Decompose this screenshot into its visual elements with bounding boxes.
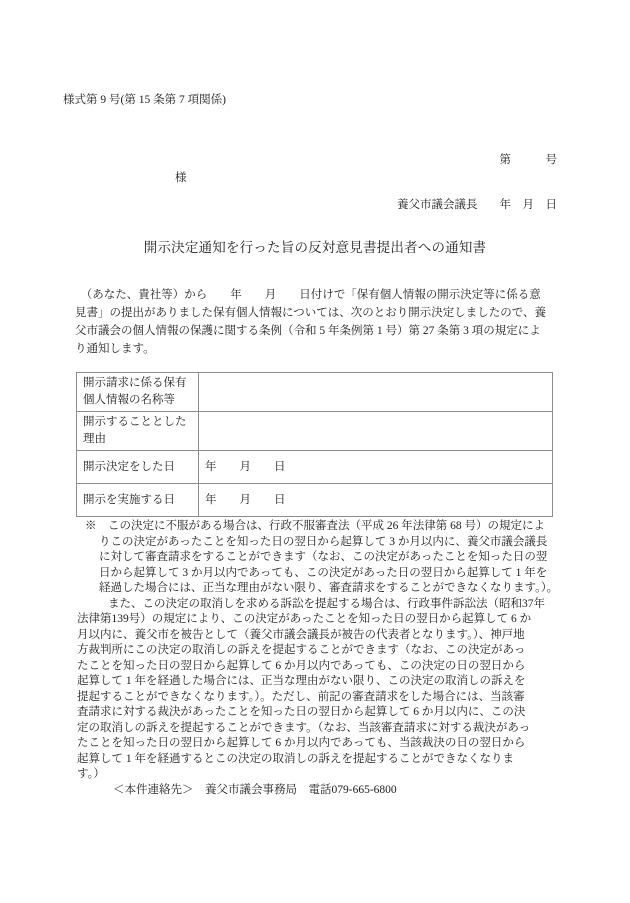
body-paragraph: （あなた、貴社等）から 年 月 日付けで「保有個人情報の開示決定等に係る意 見書… — [75, 286, 567, 358]
note-line: ※ この決定に不服がある場合は、行政不服審査法（平成 26 年法律第 68 号）… — [75, 519, 575, 535]
note-line: す。） — [75, 767, 575, 783]
note-line: 経過した場合には、正当な理由がない限り、審査請求をすることができなくなります。）… — [75, 581, 575, 597]
document-page: 様式第 9 号(第 15 条第 7 項関係) 第 号 年 月 日 様 養父市議会… — [0, 0, 630, 903]
table-row-value: 年 月 日 — [199, 484, 553, 517]
table-row-value — [199, 412, 553, 451]
disclosure-table: 開示請求に係る保有 個人情報の名称等 開示することとした 理由 開示決定をした日… — [76, 372, 553, 517]
note-line: たことを知った日の翌日から起算して 6 か月以内であっても、この決定の日の翌日か… — [75, 659, 575, 675]
document-number-line: 第 号 — [500, 153, 558, 168]
document-number-block: 第 号 年 月 日 — [500, 123, 558, 243]
note-line: 提起することができなくなります。）。ただし、前記の審査請求をした場合には、当該審 — [75, 690, 575, 706]
note-line: 起算して 1 年を経過するとこの決定の取消しの訴えを提起することができなくなりま — [75, 752, 575, 768]
table-row-value — [199, 373, 553, 412]
table-row-label: 開示決定をした日 — [77, 451, 199, 484]
note-line: たことを知った日の翌日から起算して 6 か月以内であっても、当該裁決の日の翌日か… — [75, 736, 575, 752]
note-line: 起算して 1 年を経過した場合には、正当な理由がない限り、この決定の取消しの訴え… — [75, 674, 575, 690]
sender-title: 養父市議会議長 — [397, 197, 478, 213]
note-line: に対して審査請求をすることができます（なお、この決定があったことを知った日の翌 — [75, 550, 575, 566]
table-row: 開示決定をした日 年 月 日 — [77, 451, 553, 484]
note-line: りこの決定があったことを知った日の翌日から起算して 3 か月以内に、養父市議会議… — [75, 535, 575, 551]
table-row-label: 開示請求に係る保有 個人情報の名称等 — [77, 373, 199, 412]
note-line: 日から起算して 3 か月以内であっても、この決定があった日の翌日から起算して 1… — [75, 566, 575, 582]
note-line: 査請求に対する裁決があったことを知った日の翌日から起算して 6 か月以内に、この… — [75, 705, 575, 721]
table-row: 開示請求に係る保有 個人情報の名称等 — [77, 373, 553, 412]
table-row-label: 開示を実施する日 — [77, 484, 199, 517]
note-line: 方裁判所にこの決定の取消しの訴えを提起することができます（なお、この決定があっ — [75, 643, 575, 659]
note-line: また、この決定の取消しを求める訴訟を提起する場合は、行政事件訴訟法（昭和37年 — [75, 597, 575, 613]
table-row: 開示することとした 理由 — [77, 412, 553, 451]
document-title: 開示決定通知を行った旨の反対意見書提出者への通知書 — [0, 239, 630, 257]
table-row-value: 年 月 日 — [199, 451, 553, 484]
table-row-label: 開示することとした 理由 — [77, 412, 199, 451]
note-line: 法律第139号）の規定により、この決定があったことを知った日の翌日から起算して … — [75, 612, 575, 628]
note-line: ＜本件連絡先＞ 養父市議会事務局 電話079-665-6800 — [75, 783, 575, 799]
document-date-line: 年 月 日 — [500, 198, 558, 213]
table-row: 開示を実施する日 年 月 日 — [77, 484, 553, 517]
note-line: 定の取消しの訴えを提起することができます。（なお、当該審査請求に対する裁決があっ — [75, 721, 575, 737]
note-block: ※ この決定に不服がある場合は、行政不服審査法（平成 26 年法律第 68 号）… — [75, 519, 575, 798]
form-number: 様式第 9 号(第 15 条第 7 項関係) — [63, 92, 226, 108]
addressee-suffix: 様 — [175, 170, 187, 186]
note-line: 月以内に、養父市を被告として（養父市議会議長が被告の代表者となります。）、神戸地 — [75, 628, 575, 644]
